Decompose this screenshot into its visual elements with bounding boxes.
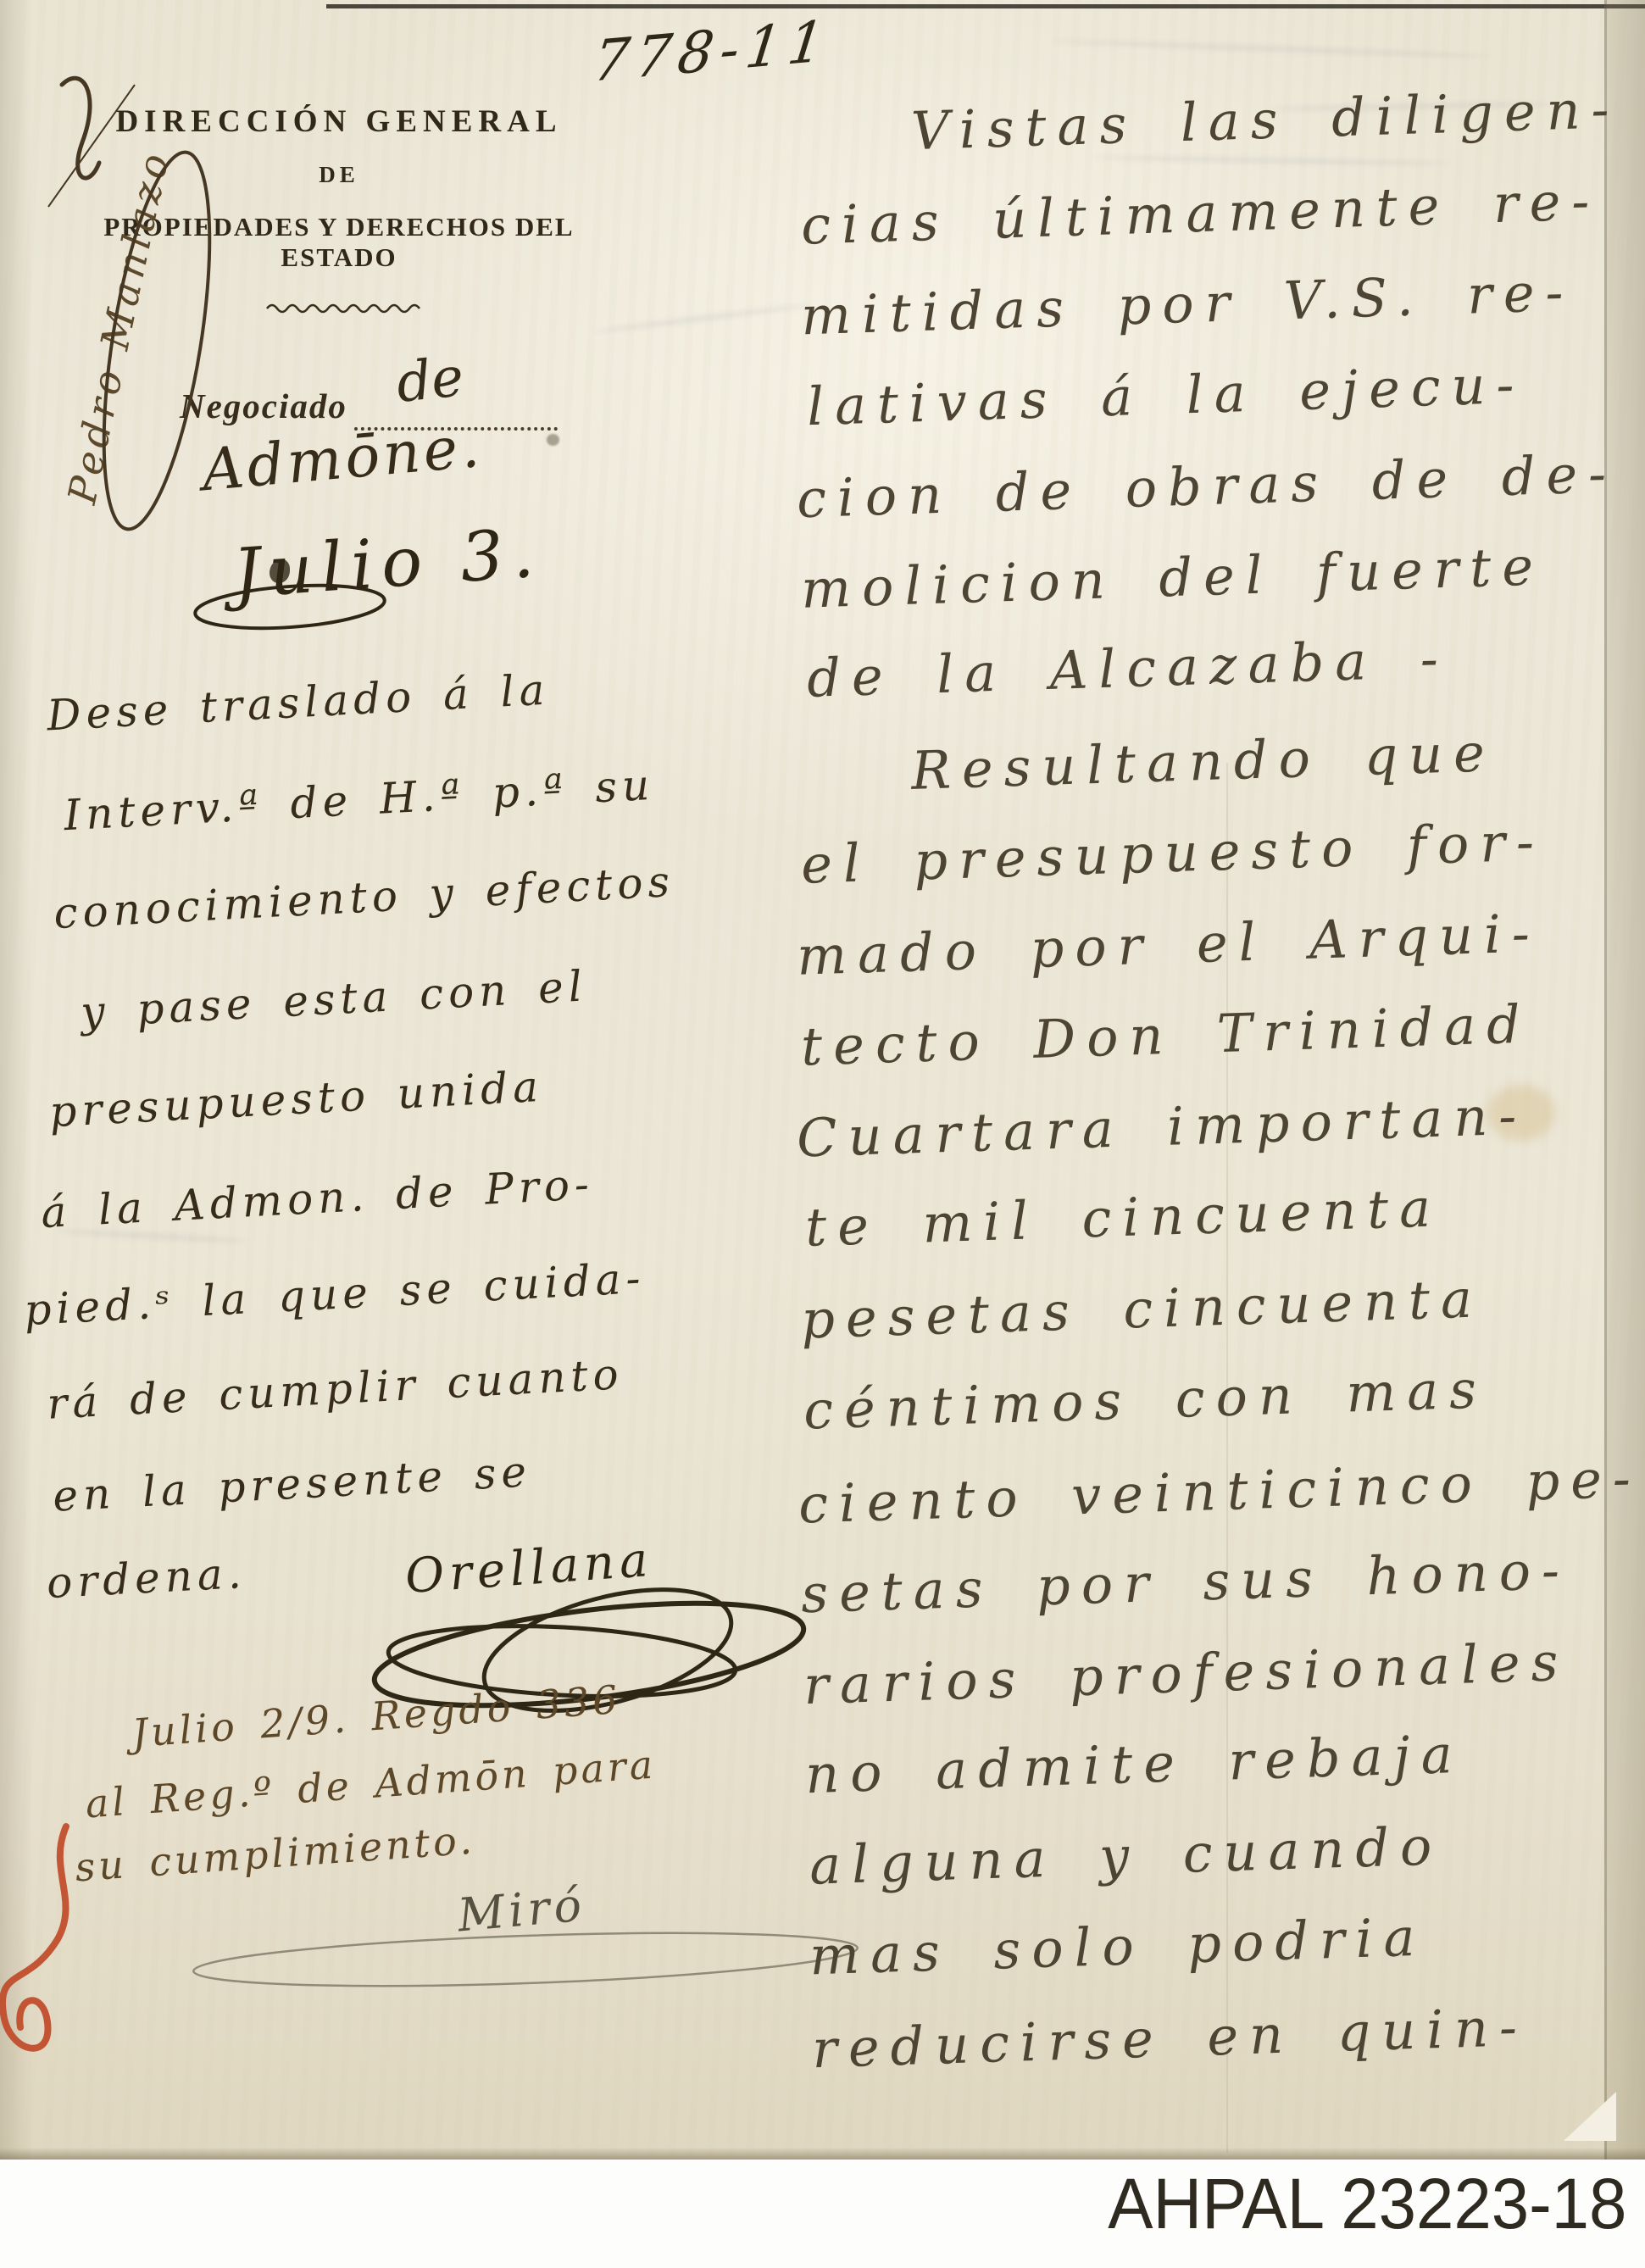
negociado-value: de bbox=[393, 346, 466, 415]
stain bbox=[547, 434, 559, 446]
wavy-rule bbox=[263, 302, 432, 315]
margin-flourish bbox=[30, 61, 225, 553]
archive-label: AHPAL 23223-18 bbox=[1108, 2163, 1626, 2245]
document-scan: { "archive_label": "AHPAL 23223-18", "he… bbox=[0, 0, 1645, 2268]
scan-top-edge bbox=[326, 4, 1645, 8]
manuscript-left-line: ordena. bbox=[46, 1548, 247, 1608]
signature-underline-flourish bbox=[182, 1917, 869, 2002]
date-flourish bbox=[188, 581, 392, 632]
